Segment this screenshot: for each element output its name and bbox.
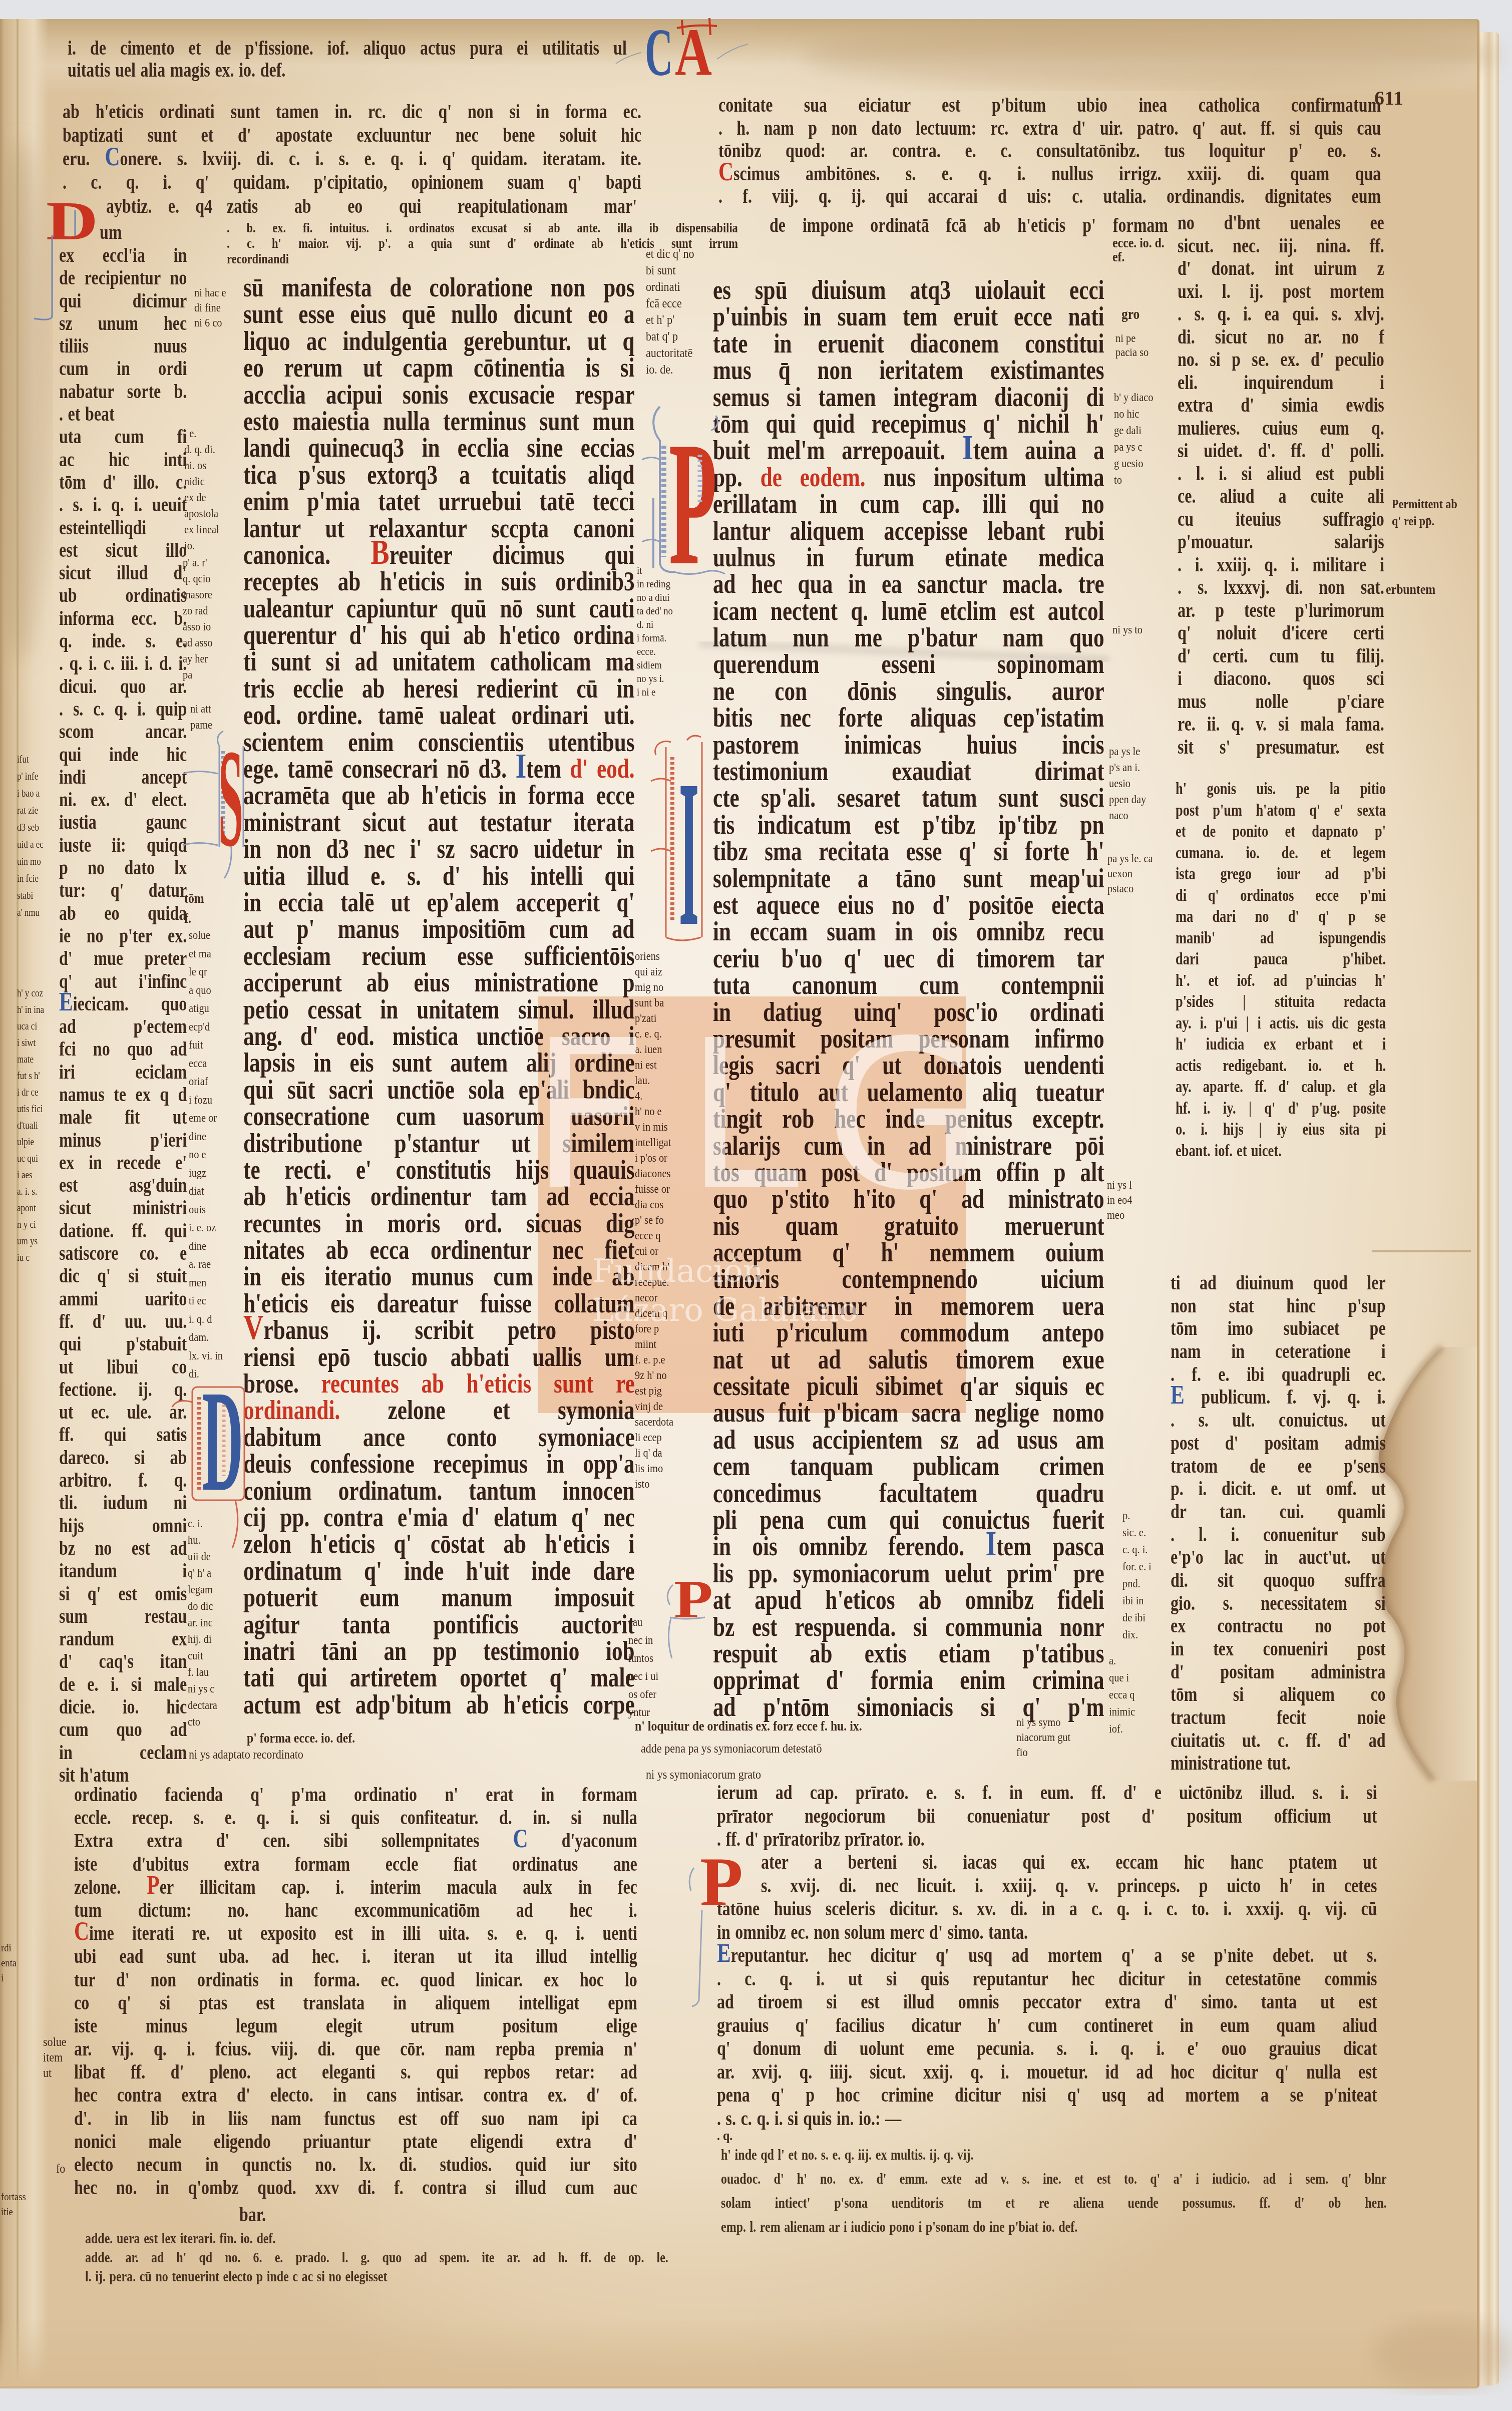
watermark-text-line1: Fundación <box>592 1253 764 1290</box>
watermark-text-line2: Lázaro Galdiano <box>592 1292 858 1329</box>
watermark-logo: FLG <box>530 996 983 1235</box>
watermark: FLG Fundación Lázaro Galdiano <box>0 0 1512 2411</box>
